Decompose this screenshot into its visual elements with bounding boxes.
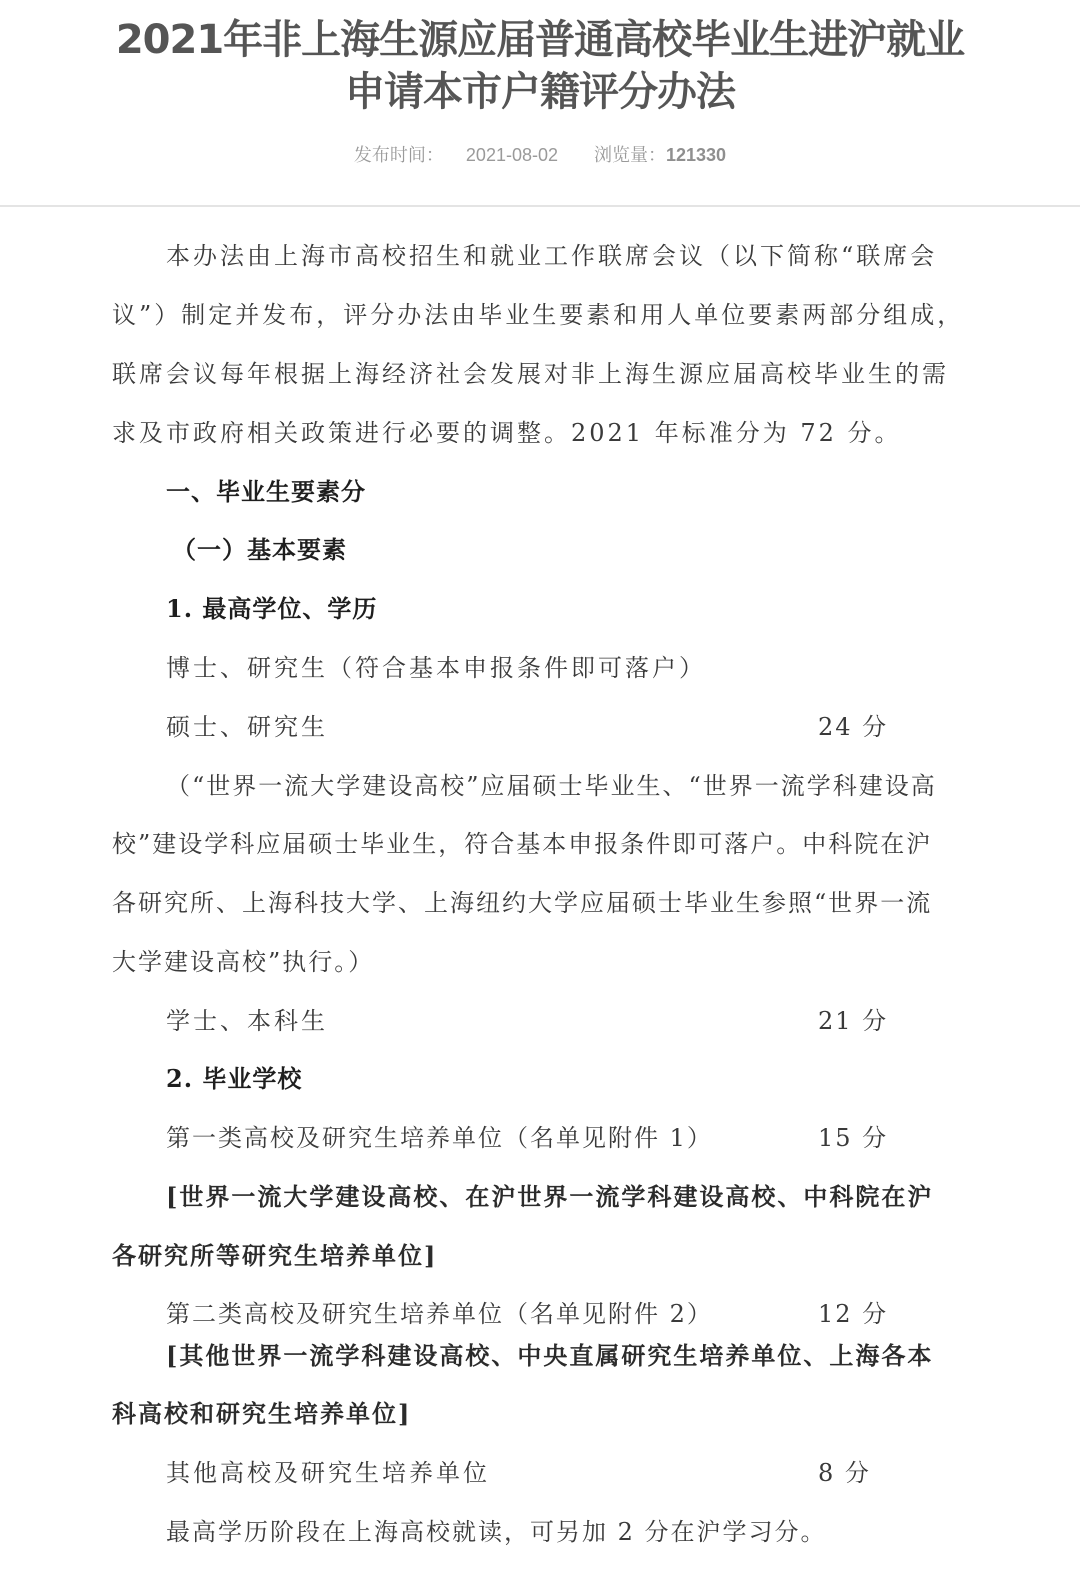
views-label: 浏览量： [594,142,666,168]
school-class1-label: 第一类高校及研究生培养单位（名单见附件 1） [166,1123,713,1153]
bachelor-item-score: 21 分 [818,1006,888,1036]
views-count: 121330 [666,142,726,168]
school-class1-note-line-2: 各研究所等研究生培养单位] [112,1241,437,1271]
title-line-1: 2021年非上海生源应届普通高校毕业生进沪就业 [0,14,1080,66]
school-class1-note-line-1: [世界一流大学建设高校、在沪世界一流学科建设高校、中科院在沪 [166,1182,933,1212]
title-line-2: 申请本市户籍评分办法 [0,66,1080,118]
article-header: 2021年非上海生源应届普通高校毕业生进沪就业 申请本市户籍评分办法 发布时间：… [0,0,1080,207]
intro-line-4: 求及市政府相关政策进行必要的调整。2021 年标准分为 72 分。 [112,418,902,448]
subsection-heading: （一）基本要素 [172,535,347,565]
item-heading-degree: 1. 最高学位、学历 [166,594,377,624]
bachelor-item-label: 学士、本科生 [166,1006,328,1036]
school-class2-note-line-1: [其他世界一流学科建设高校、中央直属研究生培养单位、上海各本 [166,1341,933,1371]
school-class2-note-line-2: 科高校和研究生培养单位] [112,1399,411,1429]
intro-line-2: 议”）制定并发布，评分办法由毕业生要素和用人单位要素两部分组成， [112,300,964,330]
doctor-item: 博士、研究生（符合基本申报条件即可落户） [166,653,706,683]
article-meta: 发布时间：2021-08-02浏览量：121330 [0,142,1080,168]
publish-time-label: 发布时间： [354,142,444,168]
master-note-line-3: 各研究所、上海科技大学、上海纽约大学应届硕士毕业生参照“世界一流 [112,888,932,918]
publish-date: 2021-08-02 [466,142,558,168]
intro-line-3: 联席会议每年根据上海经济社会发展对非上海生源应届高校毕业生的需 [112,359,949,389]
master-item-score: 24 分 [818,712,888,742]
school-class2-label: 第二类高校及研究生培养单位（名单见附件 2） [166,1299,713,1329]
item-heading-school: 2. 毕业学校 [166,1064,302,1094]
school-class1-score: 15 分 [818,1123,888,1153]
master-note-line-2: 校”建设学科应届硕士毕业生，符合基本申报条件即可落户。中科院在沪 [112,829,932,859]
master-note-line-1: （“世界一流大学建设高校”应届硕士毕业生、“世界一流学科建设高 [166,771,937,801]
school-class2-score: 12 分 [818,1299,888,1329]
school-other-score: 8 分 [818,1458,871,1488]
document-image-content: 本办法由上海市高校招生和就业工作联席会议（以下简称“联席会 议”）制定并发布，评… [0,207,1080,1574]
school-other-label: 其他高校及研究生培养单位 [166,1458,490,1488]
master-note-line-4: 大学建设高校”执行。） [112,947,374,977]
master-item-label: 硕士、研究生 [166,712,328,742]
intro-line-1: 本办法由上海市高校招生和就业工作联席会议（以下简称“联席会 [166,241,937,271]
section-heading: 一、毕业生要素分 [166,477,366,507]
page-title: 2021年非上海生源应届普通高校毕业生进沪就业 申请本市户籍评分办法 [0,14,1080,118]
shanghai-study-bonus-note: 最高学历阶段在上海高校就读，可另加 2 分在沪学习分。 [166,1517,827,1547]
